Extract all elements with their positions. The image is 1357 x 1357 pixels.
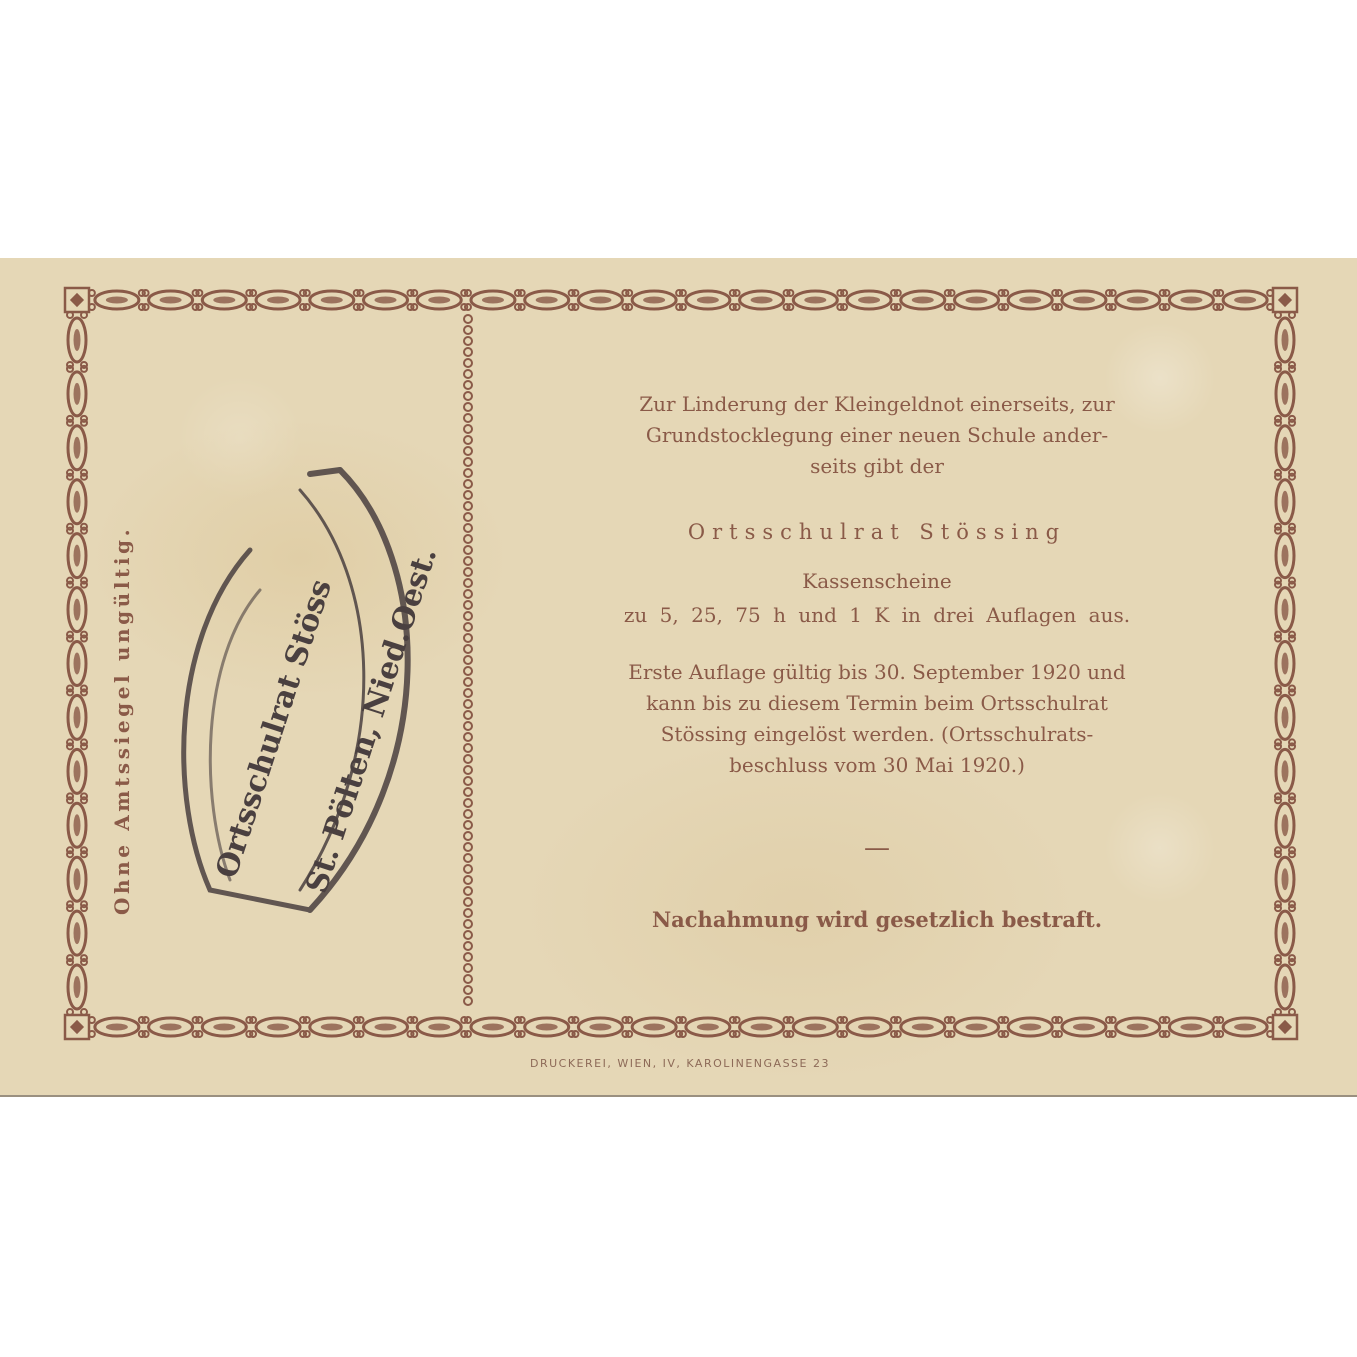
separator-dash: — [552, 833, 1202, 864]
side-note-vertical: Ohne Amtssiegel ungültig. [110, 526, 134, 915]
validity-paragraph: Erste Auflage gültig bis 30. September 1… [552, 657, 1202, 781]
validity-line-3: Stössing eingelöst werden. (Ortsschulrat… [552, 719, 1202, 750]
denomination-heading: Kassenscheine [552, 566, 1202, 597]
banknote-paper: Ohne Amtssiegel ungültig. Ortsschulrat S… [0, 258, 1357, 1095]
printer-imprint: DRUCKEREI, WIEN, IV, KAROLINENGASSE 23 [420, 1048, 940, 1079]
penalty-notice: Nachahmung wird gesetzlich bestraft. [552, 904, 1202, 935]
validity-line-4: beschluss vom 30 Mai 1920.) [552, 750, 1202, 781]
intro-paragraph: Zur Linderung der Kleingeldnot einerseit… [552, 389, 1202, 482]
denomination-line: zu 5, 25, 75 h und 1 K in drei Auflagen … [552, 600, 1202, 631]
issuer-name: Ortsschulrat Stössing [552, 517, 1202, 548]
intro-line-3: seits gibt der [552, 451, 1202, 482]
oval-seal-stamp-icon: Ortsschulrat Stöss St. Pölten, Nied.Oest… [150, 440, 440, 920]
intro-line-2: Grundstocklegung einer neuen Schule ande… [552, 420, 1202, 451]
validity-line-1: Erste Auflage gültig bis 30. September 1… [552, 657, 1202, 688]
intro-line-1: Zur Linderung der Kleingeldnot einerseit… [552, 389, 1202, 420]
validity-line-2: kann bis zu diesem Termin beim Ortsschul… [552, 688, 1202, 719]
